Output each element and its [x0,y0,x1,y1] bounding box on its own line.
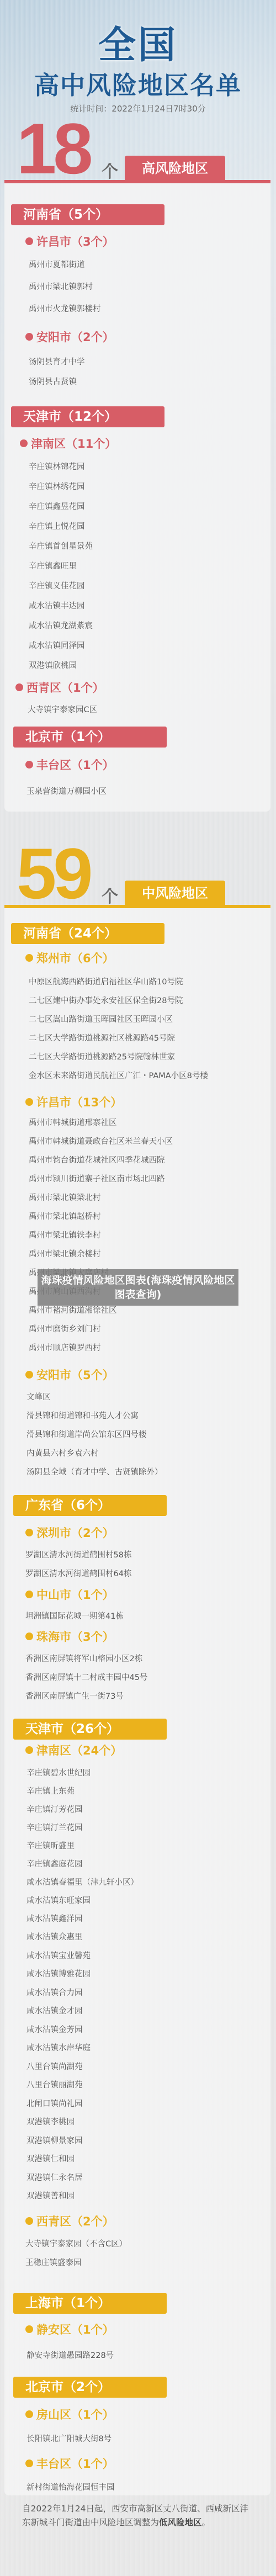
area-item: 长阳镇北广阳城大街8号 [26,2434,112,2445]
city-header: 中山市（1个） [25,1587,114,1603]
area-item: 咸水沽镇合力园 [26,1987,83,1999]
area-item: 双港镇柳景家园 [26,2135,83,2146]
city-header: 津南区（24个） [25,1743,122,1758]
area-item: 禹州市韩城街道邢寨社区 [29,1117,117,1128]
medium-risk-count: 59 [17,838,90,909]
high-risk-header: 18 个 高风险地区 [4,110,270,183]
area-item: 咸水沽镇宝业馨苑 [26,1950,91,1962]
bullet-dot-icon [25,333,33,341]
city-header: 西青区（2个） [25,2214,114,2229]
bullet-dot-icon [25,1591,33,1598]
city-header: 丰台区（1个） [25,2456,114,2472]
area-item: 二七区大学路街道桃源社区桃源路45号院 [29,1033,175,1044]
area-item: 香洲区南屏镇广生一街73号 [25,1691,124,1702]
area-item: 禹州市夏都街道 [29,259,85,271]
city-header: 静安区（1个） [25,2322,114,2338]
area-item: 双港镇李桃园 [26,2117,75,2128]
area-item: 香洲区南屏镇将军山榕园小区2栋 [25,1653,142,1665]
area-item: 禹州市磨街乡刘门村 [29,1324,101,1335]
medium-risk-tag: 中风险地区 [125,881,225,906]
area-item: 咸水沽镇龙湖紫宸 [29,621,93,632]
area-item: 罗湖区清水河街道鹤围村64栋 [25,1568,131,1579]
area-item: 北闸口镇尚礼园 [26,2098,83,2109]
city-header: 珠海市（3个） [25,1629,114,1645]
area-item: 禹州市褚河街道湘徐社区 [29,1305,117,1316]
area-item: 咸水沽镇鑫洋园 [26,1914,83,1925]
area-item: 辛庄镇鑫庭花园 [26,1859,83,1870]
area-item: 汤阴县古贤镇 [29,377,77,388]
area-item: 大寺镇宇泰家园C区 [28,704,97,715]
bullet-dot-icon [25,1632,33,1640]
area-item: 咸水沽镇春福里（津九轩小区） [26,1877,139,1888]
province-header: 天津市（26个） [13,1719,167,1740]
area-item: 大寺镇宇泰家园（不含C区） [25,2239,127,2250]
city-header: 郑州市（6个） [25,951,114,966]
footer-note: 自2022年1月24日起，西安市高新区丈八街道、西咸新区沣东新城斗门街道由中风险… [22,2502,254,2530]
bullet-dot-icon [25,2325,33,2333]
bullet-dot-icon [25,2217,33,2225]
city-header: 深圳市（2个） [25,1525,114,1541]
medium-risk-header: 59 个 中风险地区 [4,835,270,908]
area-item: 禹州市梁北镇赵桥村 [29,1211,101,1222]
overlay-caption: 海珠疫情风险地区图表(海珠疫情风险地区图表查询) [38,1269,238,1306]
area-item: 咸水沽镇众惠里 [26,1932,83,1943]
count-unit: 个 [102,883,118,907]
high-risk-tag: 高风险地区 [125,156,225,181]
bullet-dot-icon [25,1529,33,1536]
area-item: 双港镇仁永名居 [26,2172,83,2183]
city-header: 丰台区（1个） [25,757,114,773]
area-item: 坦洲镇国际花城一期第41栋 [25,1611,124,1622]
area-item: 禹州市颍川街道寨子社区南市场北四路 [29,1174,165,1185]
area-item: 禹州市韩城街道聂政台社区米兰春天小区 [29,1136,173,1147]
area-item: 八里台镇尚湖苑 [26,2061,83,2073]
area-item: 双港镇善和园 [26,2191,75,2202]
area-item: 辛庄镇林绣花园 [29,481,85,492]
area-item: 咸水沽镇同泽园 [29,640,85,651]
area-item: 罗湖区清水河街道鹤围村58栋 [25,1550,131,1561]
city-header: 房山区（1个） [25,2407,114,2423]
page-subtitle: 高中风险地区名单 [0,65,276,101]
area-item: 二七区嵩山路街道玉晖园社区玉晖园小区 [29,1014,173,1025]
area-item: 汤阴县全域（育才中学、古贤镇除外） [26,1467,163,1478]
area-item: 咸水沽镇博雅花园 [26,1969,91,1980]
area-item: 辛庄镇鑫昱花园 [29,501,85,512]
bullet-dot-icon [25,2410,33,2418]
bullet-dot-icon [25,954,33,962]
area-item: 汤阴县育才中学 [29,357,85,368]
city-header: 许昌市（3个） [25,234,114,250]
count-unit: 个 [102,158,118,182]
area-item: 香洲区南屏镇十二村成丰园中45号 [25,1672,147,1683]
city-header: 西青区（1个） [15,680,104,696]
province-header: 北京市（2个） [13,2377,167,2398]
area-item: 辛庄镇鑫旺里 [29,561,77,572]
bullet-dot-icon [25,2460,33,2467]
bullet-dot-icon [20,439,28,447]
area-item: 辛庄镇林锦花园 [29,462,85,473]
city-header: 许昌市（13个） [25,1095,122,1110]
area-item: 咸水沽镇金才园 [26,2006,83,2017]
area-item: 辛庄镇汀芳花园 [26,1804,83,1815]
area-item: 王稳庄镇盛泰园 [25,2257,82,2268]
area-item: 禹州市梁北镇铁李村 [29,1230,101,1241]
area-item: 禹州市顺店镇罗西村 [29,1343,101,1354]
province-header: 广东省（6个） [13,1495,167,1516]
area-item: 新村街道怡海花园恒丰园 [26,2482,115,2493]
area-item: 咸水沽镇东旺家园 [26,1895,91,1906]
area-item: 禹州市火龙镇郭楼村 [29,304,101,315]
area-item: 二七区大学路街道桃源路25号院翰林世家 [29,1052,175,1063]
area-item: 双港镇仁和园 [26,2154,75,2165]
area-item: 滑县锦和街道锦和书苑人才公寓 [26,1411,139,1422]
area-item: 辛庄镇上悦花园 [29,521,85,532]
city-header: 安阳市（2个） [25,330,114,345]
area-item: 二七区建中街办事处永安社区保全街28号院 [29,995,183,1006]
high-risk-count: 18 [17,113,90,184]
bullet-dot-icon [25,1746,33,1754]
area-item: 双港镇欣桃园 [29,660,77,671]
area-item: 咸水沽镇金芳园 [26,2024,83,2036]
city-header: 安阳市（5个） [25,1367,114,1383]
area-item: 咸水沽镇水岸华庭 [26,2043,91,2054]
province-header: 北京市（1个） [13,727,167,748]
area-item: 滑县锦和街道岸尚公馆东区四号楼 [26,1429,147,1440]
area-item: 玉泉营街道万柳园小区 [26,786,107,797]
province-header: 河南省（5个） [11,204,164,225]
area-item: 咸水沽镇丰达园 [29,601,85,612]
medium-risk-panel: 河南省（24个） 郑州市（6个） 中原区航海西路街道启福社区华山路10号院 二七… [4,908,270,2495]
bullet-dot-icon [25,237,33,245]
area-item: 禹州市钧台街道花城社区四季花城西院 [29,1155,165,1166]
area-item: 禹州市梁北镇梁北村 [29,1192,101,1204]
page-header: 全国 高中风险地区名单 统计时间：2022年1月24日7时30分 [0,0,276,119]
bullet-dot-icon [25,1371,33,1379]
low-risk-emphasis: 低风险地区 [159,2517,202,2527]
area-item: 金水区未来路街道民航社区广汇・PAMA小区8号楼 [29,1070,208,1082]
page-title: 全国 [0,15,276,69]
high-risk-panel: 河南省（5个） 许昌市（3个） 禹州市夏都街道 禹州市梁北镇郭村 禹州市火龙镇郭… [4,183,270,812]
area-item: 禹州市梁北镇余楼村 [29,1249,101,1260]
area-item: 辛庄镇首创星景苑 [29,541,93,552]
bullet-dot-icon [25,1098,33,1106]
province-header: 天津市（12个） [11,406,164,427]
area-item: 禹州市梁北镇郭村 [29,282,93,293]
bullet-dot-icon [15,683,23,691]
province-header: 上海市（1个） [13,2293,167,2314]
area-item: 八里台镇丽湖苑 [26,2080,83,2091]
area-item: 辛庄镇碧水世纪园 [26,1768,91,1779]
area-item: 辛庄镇上东苑 [26,1786,75,1797]
area-item: 静安寺街道愚园路228号 [26,2350,114,2361]
area-item: 辛庄镇汀兰花园 [26,1822,83,1833]
area-item: 辛庄镇义佳花园 [29,581,85,592]
area-item: 辛庄镇昕盛里 [26,1841,75,1852]
city-header: 津南区（11个） [20,436,116,452]
province-header: 河南省（24个） [11,923,164,944]
bullet-dot-icon [25,761,33,768]
area-item: 文峰区 [26,1392,51,1403]
area-item: 内黄县六村乡袁六村 [26,1448,99,1459]
area-item: 中原区航海西路街道启福社区华山路10号院 [29,977,183,988]
